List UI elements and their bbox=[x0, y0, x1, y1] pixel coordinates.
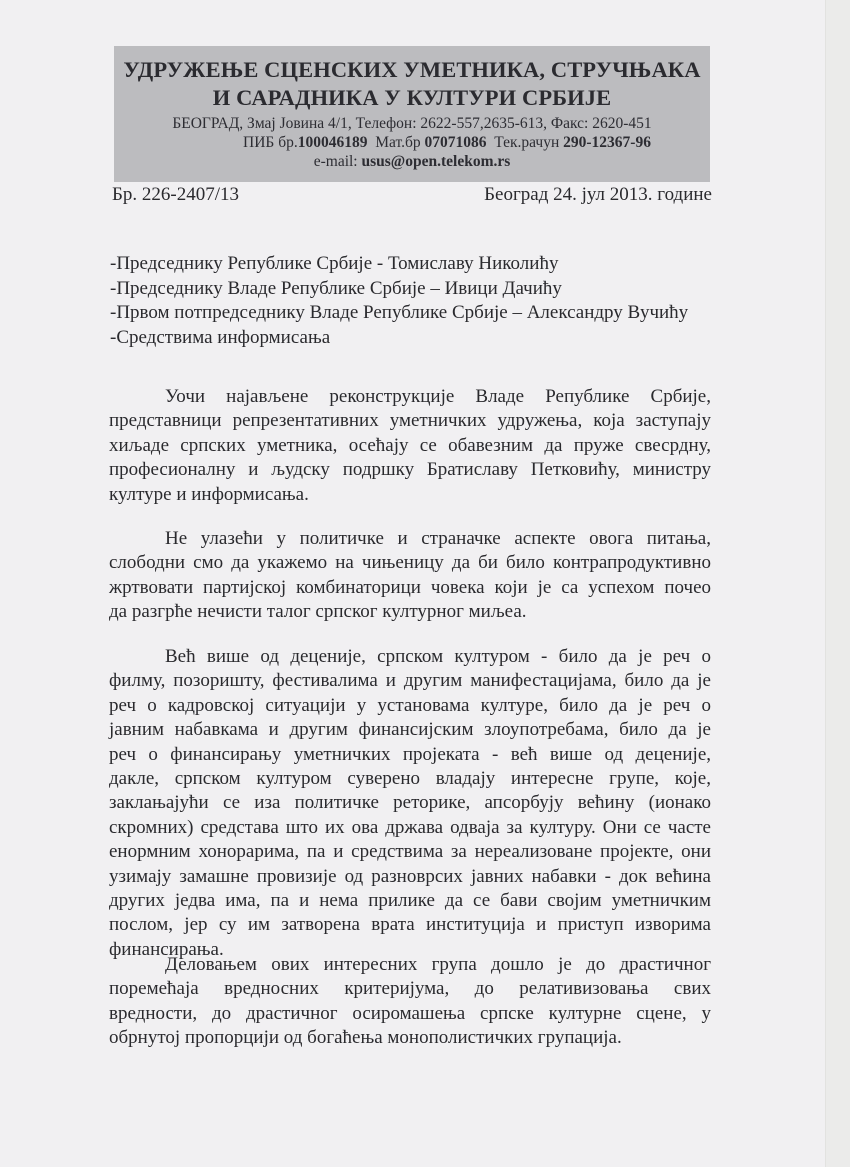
recipients-list: -Председнику Републике Србије - Томислав… bbox=[110, 252, 750, 350]
text-line: професионалну и људску подршку Братислав… bbox=[109, 458, 711, 482]
text-line: вредности, до драстичног осиромашења срп… bbox=[109, 1002, 711, 1026]
text-line: филму, позоришту, фестивалима и другим м… bbox=[109, 669, 711, 693]
text-line: обрнутој пропорцији од богаћења монополи… bbox=[109, 1026, 711, 1050]
text-line: скромних) средстава што их ова држава од… bbox=[109, 816, 711, 840]
organization-ids: ПИБ бр.100046189 Мат.бр 07071086 Тек.рач… bbox=[114, 133, 710, 152]
place-and-date: Београд 24. јул 2013. године bbox=[484, 183, 712, 207]
recipient: -Средствима информисања bbox=[110, 326, 750, 351]
account-label: Тек.рачун bbox=[494, 134, 559, 151]
mat-value: 07071086 bbox=[424, 134, 486, 151]
organization-name-line-1: УДРУЖЕЊЕ СЦЕНСКИХ УМЕТНИКА, СТРУЧЊАКА bbox=[114, 56, 710, 84]
text-line: послом, јер су им затворена врата инстит… bbox=[109, 913, 711, 937]
mat-label: Мат.бр bbox=[375, 134, 420, 151]
page-edge bbox=[825, 0, 850, 1167]
email-label: e-mail: bbox=[314, 153, 358, 170]
text-line: Уочи најављене реконструкције Владе Репу… bbox=[109, 385, 711, 409]
text-line: дакле, српском културом суверено владају… bbox=[109, 767, 711, 791]
pib-label: ПИБ бр. bbox=[243, 134, 298, 151]
recipient: -Председнику Републике Србије - Томислав… bbox=[110, 252, 750, 277]
paragraph-1: Уочи најављене реконструкције Владе Репу… bbox=[109, 385, 711, 507]
text-line: Не улазећи у политичке и страначке аспек… bbox=[109, 527, 711, 551]
text-line: Деловањем ових интересних група дошло је… bbox=[109, 953, 711, 977]
email-value: usus@open.telekom.rs bbox=[362, 153, 511, 170]
text-line: жртвовати партијској комбинаторици човек… bbox=[109, 576, 711, 600]
text-line: Већ више од деценије, српском културом -… bbox=[109, 645, 711, 669]
text-line: енормним хонорарима, па и средствима за … bbox=[109, 840, 711, 864]
reference-number: Бр. 226-2407/13 bbox=[112, 183, 239, 207]
text-line: хиљаде српских уметника, осећају се обав… bbox=[109, 434, 711, 458]
text-line: слободни смо да укажемо на чињеницу да б… bbox=[109, 551, 711, 575]
text-line: реч о кадровској ситуацији у установама … bbox=[109, 694, 711, 718]
paragraph-4: Деловањем ових интересних група дошло је… bbox=[109, 953, 711, 1051]
paragraph-2: Не улазећи у политичке и страначке аспек… bbox=[109, 527, 711, 625]
account-value: 290-12367-96 bbox=[563, 134, 651, 151]
letterhead: УДРУЖЕЊЕ СЦЕНСКИХ УМЕТНИКА, СТРУЧЊАКА И … bbox=[114, 46, 710, 182]
organization-address: БЕОГРАД, Змај Јовина 4/1, Телефон: 2622-… bbox=[114, 114, 710, 133]
text-line: реч о финансирању уметничких пројеката -… bbox=[109, 743, 711, 767]
organization-email: e-mail: usus@open.telekom.rs bbox=[114, 152, 710, 171]
paragraph-3: Већ више од деценије, српском културом -… bbox=[109, 645, 711, 962]
recipient: -Првом потпредседнику Владе Републике Ср… bbox=[110, 301, 750, 326]
text-line: узимају замашне провизије од разноврсих … bbox=[109, 865, 711, 889]
text-line: јавним набавкама и другим финансијским з… bbox=[109, 718, 711, 742]
text-line: заклањајући се иза политичке реторике, а… bbox=[109, 791, 711, 815]
text-line: представници репрезентативних уметничких… bbox=[109, 409, 711, 433]
text-line: културе и информисања. bbox=[109, 483, 711, 507]
text-line: других једва има, па и нема прилике да с… bbox=[109, 889, 711, 913]
organization-name-line-2: И САРАДНИКА У КУЛТУРИ СРБИЈЕ bbox=[114, 84, 710, 112]
pib-value: 100046189 bbox=[298, 134, 368, 151]
recipient: -Председнику Владе Републике Србије – Ив… bbox=[110, 277, 750, 302]
text-line: да разгрће нечисти талог српског културн… bbox=[109, 600, 711, 624]
text-line: поремећаја вредносних критеријума, до ре… bbox=[109, 977, 711, 1001]
